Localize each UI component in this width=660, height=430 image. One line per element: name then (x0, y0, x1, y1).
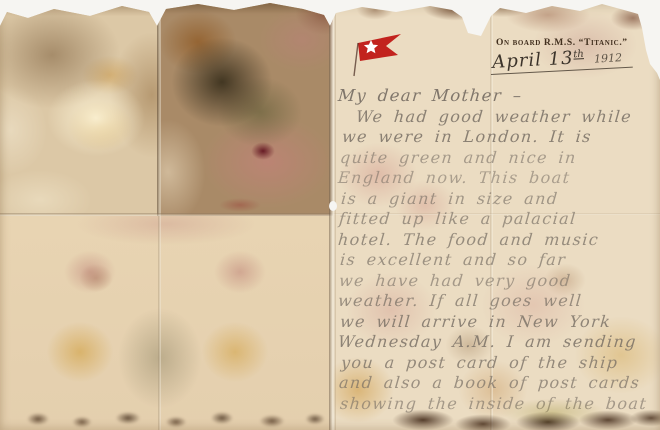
date-year: 1912 (594, 51, 623, 65)
bottom-speckle-stains (0, 404, 333, 430)
manuscript-body: My dear Mother – We had good weather whi… (338, 86, 660, 414)
date-ordinal-suffix: th (573, 49, 584, 61)
handwriting-line: we have had very good (338, 271, 660, 292)
vertical-fold-crease-upper (157, 0, 161, 216)
handwriting-line: Wednesday A.M. I am sending (337, 332, 660, 353)
letter-front-page: On board R.M.S. “Titanic.” April 13th191… (333, 0, 660, 430)
center-fold-gap (329, 0, 336, 430)
bottom-dark-stain (333, 394, 660, 430)
handwriting-line: is excellent and so far (339, 250, 660, 271)
handwriting-salutation: My dear Mother – (337, 86, 660, 107)
handwriting-line: weather. If all goes well (337, 291, 660, 312)
photo-background: On board R.M.S. “Titanic.” April 13th191… (0, 0, 660, 430)
handwriting-line: England now. This boat (337, 168, 660, 189)
fold-hole (329, 201, 337, 211)
handwriting-line: you a post card of the ship (340, 353, 660, 374)
white-star-line-flag-icon (349, 30, 407, 84)
titanic-letter: On board R.M.S. “Titanic.” April 13th191… (0, 0, 660, 430)
handwriting-line: and also a book of post cards (338, 373, 660, 394)
handwriting-line: fitted up like a palacial (338, 209, 660, 230)
vertical-fold-crease-lower (158, 216, 161, 430)
stain-panel-top-left (0, 0, 160, 216)
stain-panel-top-right (160, 0, 333, 216)
date-month-day: April 13 (492, 48, 574, 73)
stain-panel-bottom (0, 216, 333, 430)
handwriting-line: we were in London. It is (341, 127, 660, 148)
handwriting-line: quite green and nice in (339, 148, 660, 169)
handwriting-line: We had good weather while (355, 107, 660, 128)
handwriting-line: is a giant in size and (340, 189, 660, 210)
handwriting-line: we will arrive in New York (339, 312, 660, 333)
handwriting-line: hotel. The food and music (337, 230, 660, 251)
letter-back-panels (0, 0, 333, 430)
horizontal-fold-crease (0, 213, 333, 216)
